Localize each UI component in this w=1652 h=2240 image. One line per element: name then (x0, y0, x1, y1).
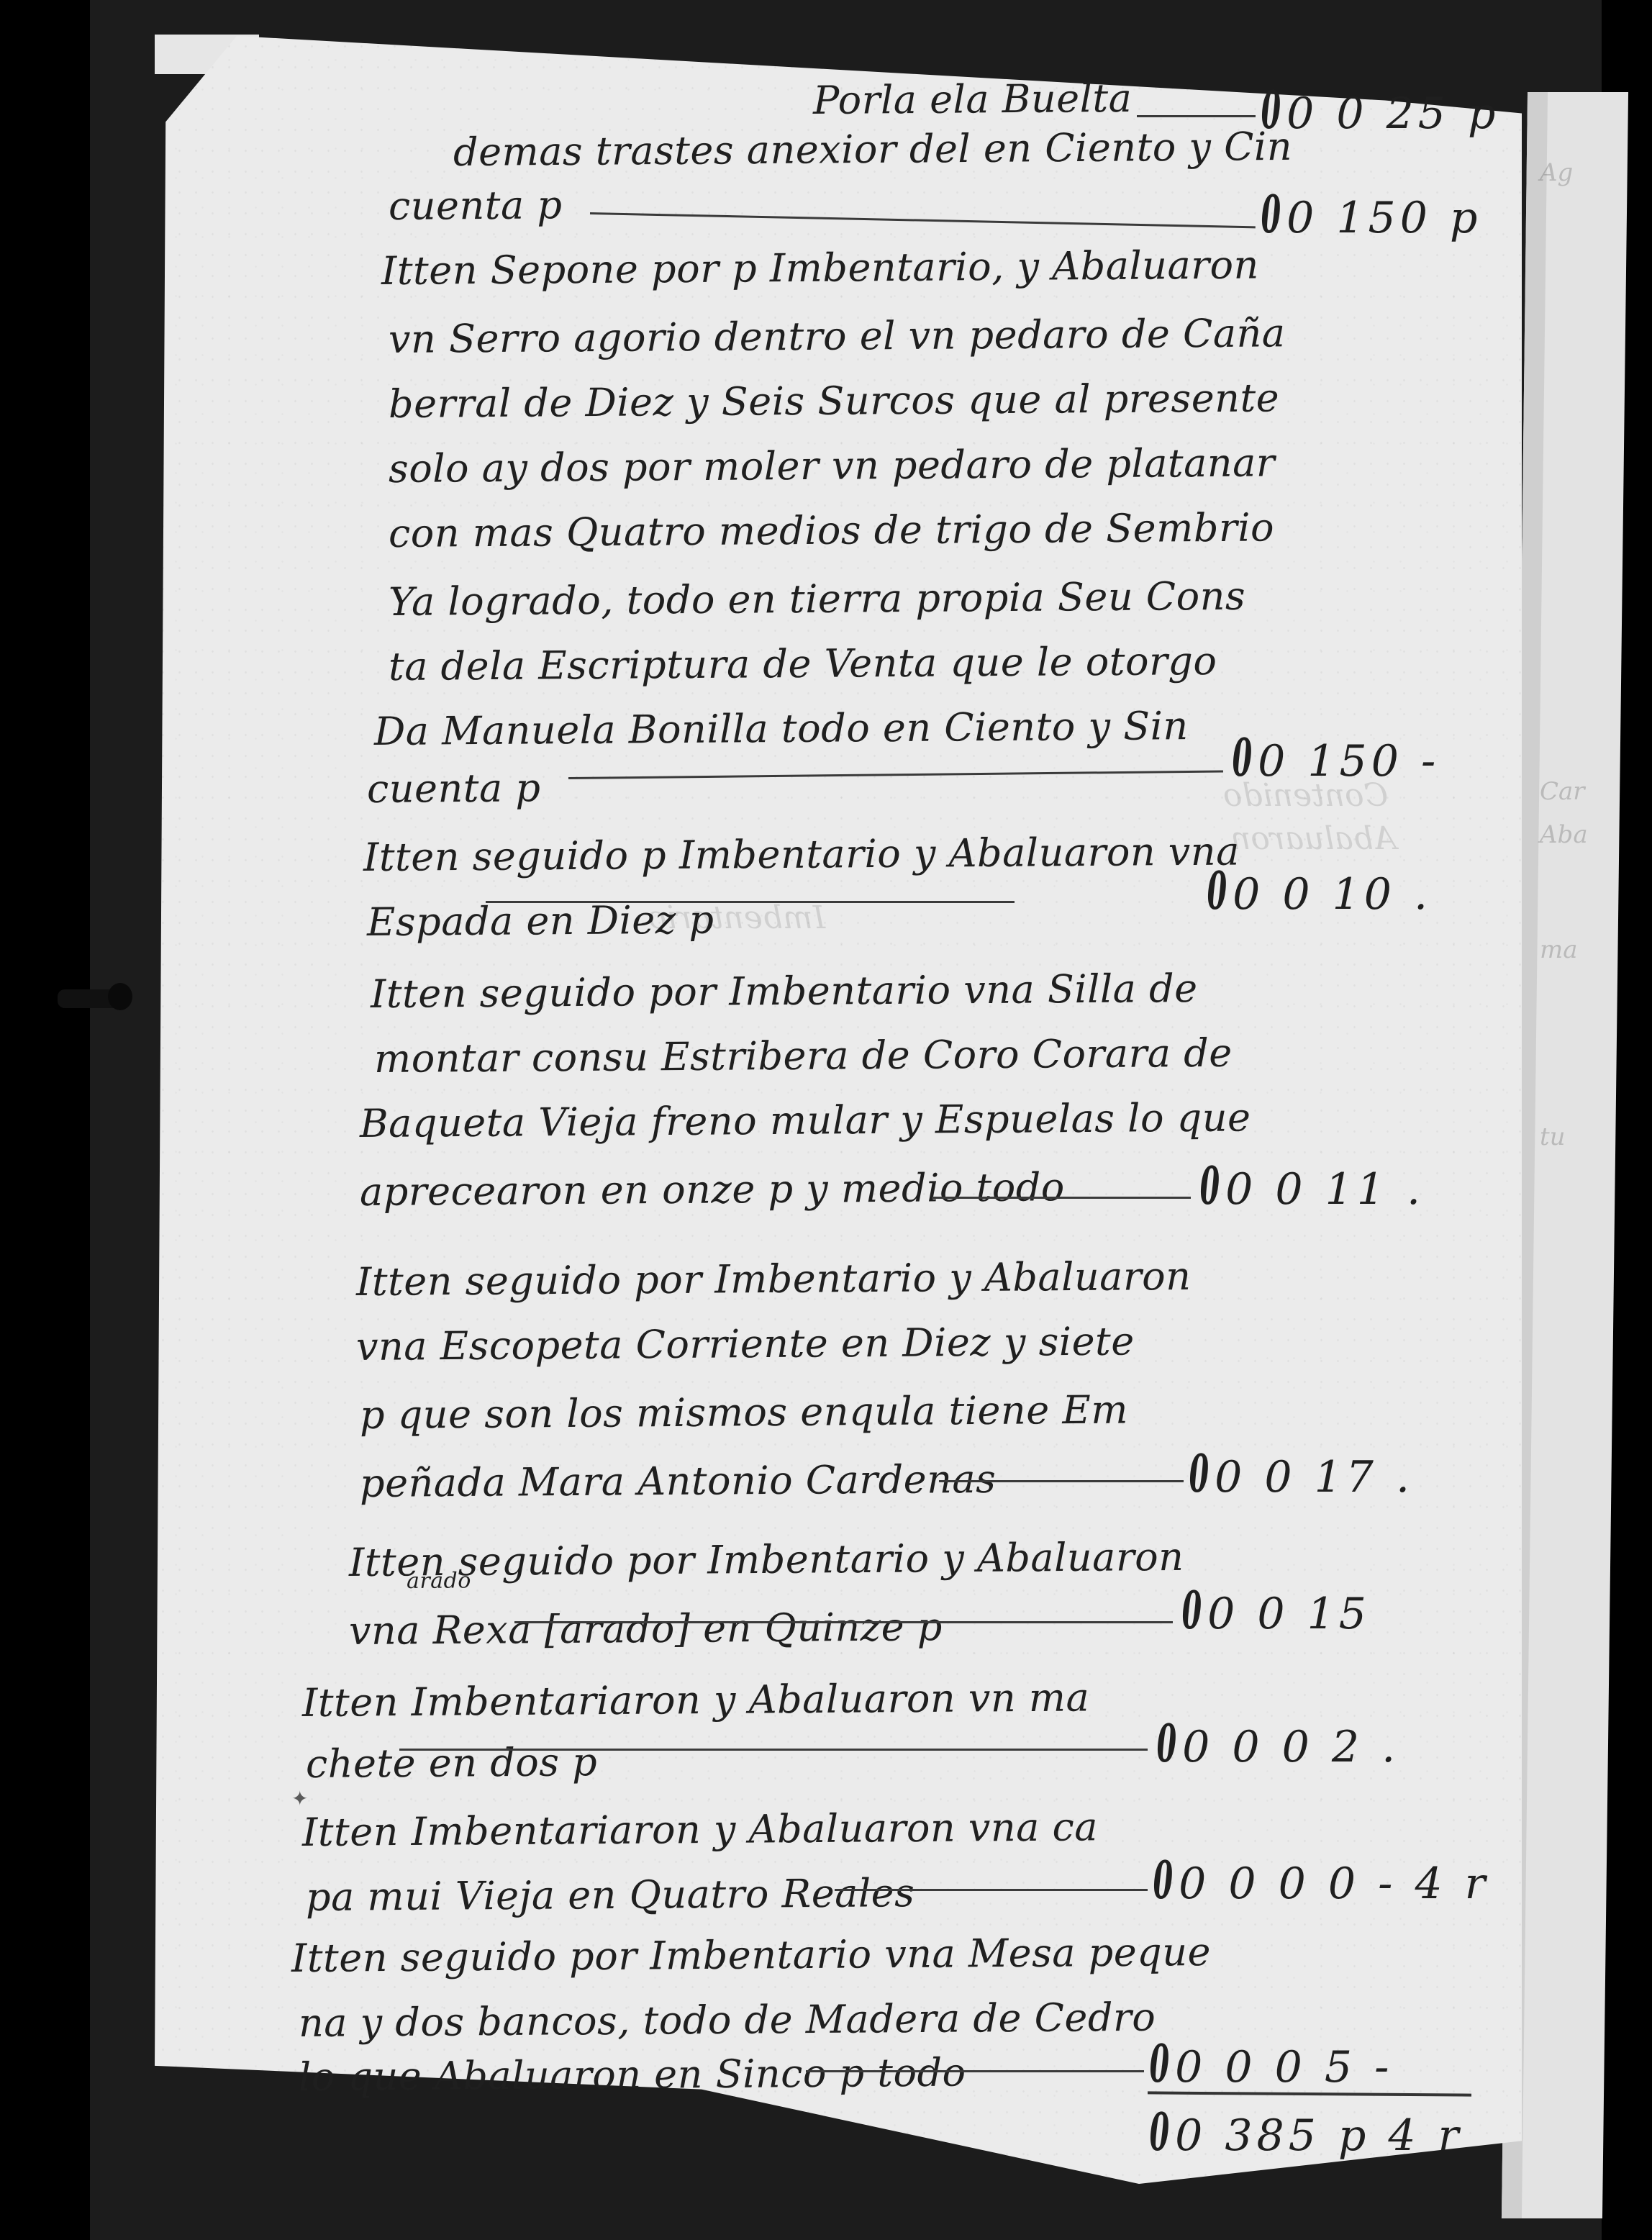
entry-amount: 00 150 - (1223, 727, 1440, 788)
amount-lead-glyph: 0 (1157, 1713, 1179, 1774)
entry-text-line: ta dela Escriptura de Venta que le otorg… (389, 638, 1217, 689)
amount-lead-glyph: 0 (1153, 1849, 1176, 1910)
entry-text-line: vn Serro agorio dentro el vn pedaro de C… (389, 310, 1286, 362)
carried-forward-label: Porla ela Buelta (813, 76, 1133, 123)
binding-knot-icon (108, 983, 132, 1010)
amount-lead-glyph: 0 (1261, 183, 1284, 245)
entry-text-line: pa mui Vieja en Quatro Reales (306, 1870, 915, 1920)
leader-rule (486, 901, 1015, 903)
entry-amount: 00 0 11 . (1191, 1155, 1425, 1216)
entry-text-line: p que son los mismos enqula tiene Em (360, 1387, 1128, 1438)
back-page-ghost-text: ma (1540, 935, 1578, 964)
amount-lead-glyph: 0 (1150, 2033, 1172, 2094)
carry-line: demas trastes anexior del en Ciento y Ci… (453, 124, 1292, 175)
leader-rule (835, 1889, 1148, 1891)
leader-rule (399, 1749, 1148, 1751)
leader-rule (514, 1621, 1173, 1623)
back-page-ghost-text: Aba (1540, 820, 1588, 849)
entry-text-line: peñada Mara Antonio Cardenas (360, 1456, 997, 1506)
entry-text-line: Itten seguido por Imbentario vna Mesa pe… (291, 1929, 1211, 1981)
entry-text-line: Itten seguido p Imbentario y Abaluaron v… (363, 828, 1240, 880)
entry-amount: 00 0 10 . (1198, 860, 1432, 921)
entry-text-line: na y dos bancos, todo de Madera de Cedro (299, 1995, 1156, 2046)
carry-line: cuenta p (389, 182, 563, 229)
entry-text-line: Itten Imbentariaron y Abaluaron vn ma (302, 1674, 1090, 1726)
entry-text-line: Baqueta Vieja freno mular y Espuelas lo … (360, 1094, 1251, 1146)
amount-lead-glyph: 0 (1189, 1443, 1212, 1504)
entry-text-line: vna Rexa [arado] en Quinze p (349, 1604, 943, 1654)
entry-text-line: vna Escopeta Corriente en Diez y siete (356, 1318, 1135, 1369)
entry-amount: 00 0 0 2 . (1148, 1713, 1399, 1774)
entry-text-line: Itten seguido por Imbentario y Abaluaron (349, 1534, 1184, 1585)
back-page-ghost-text: Car (1540, 777, 1585, 806)
entry-text-line: cuenta p (367, 765, 541, 812)
entry-text-line: berral de Diez y Seis Surcos que al pres… (389, 375, 1280, 427)
entry-text-line: Ya logrado, todo en tierra propia Seu Co… (389, 573, 1246, 625)
amount-lead-glyph: 0 (1182, 1579, 1204, 1641)
grand-total-amount: 00 385 p 4 r (1140, 2101, 1463, 2162)
carry-amount: 00 150 p (1252, 183, 1481, 245)
entry-text-line: montar consu Estribera de Coro Corara de (374, 1030, 1233, 1082)
entry-amount: 00 0 15 (1173, 1579, 1371, 1641)
amount-lead-glyph: 0 (1150, 2101, 1172, 2162)
entry-amount: 00 0 17 . (1180, 1443, 1414, 1504)
entry-text-line: aprecearon en onze p y medio todo (360, 1164, 1065, 1215)
back-page-ghost-text: tu (1540, 1123, 1566, 1151)
entry-text-line: Itten Sepone por p Imbentario, y Abaluar… (381, 242, 1259, 294)
entry-text-line: solo ay dos por moler vn pedaro de plata… (389, 440, 1276, 491)
entry-text-line: Espada en Diez p (367, 897, 714, 945)
entry-amount: 00 0 0 0 - 4 r (1144, 1849, 1489, 1910)
entry-text-line: con mas Quatro medios de trigo de Sembri… (389, 504, 1274, 556)
leader-rule (932, 1197, 1191, 1199)
entry-text-line: Da Manuela Bonilla todo en Ciento y Sin (374, 703, 1189, 754)
bleed-through-text: Abaluaron (1230, 820, 1397, 857)
amount-lead-glyph: 0 (1233, 727, 1255, 788)
entry-text-line: Itten Imbentariaron y Abaluaron vna ca (302, 1804, 1098, 1855)
interlinear-insert: arado (407, 1568, 471, 1594)
amount-lead-glyph: 0 (1200, 1155, 1222, 1216)
back-page-ghost-text: Ag (1540, 158, 1573, 187)
entry-text-line: Itten seguido por Imbentario y Abaluaron (356, 1253, 1192, 1305)
entry-text-line: Itten seguido por Imbentario vna Silla d… (371, 966, 1198, 1017)
entry-text-line: chete en dos p (306, 1739, 598, 1787)
amount-lead-glyph: 0 (1207, 860, 1230, 921)
leader-rule (939, 1480, 1184, 1482)
entry-amount: 00 0 0 5 - (1140, 2033, 1393, 2094)
entry-text-line: lo que Abaluaron en Sinco p todo (299, 2050, 966, 2100)
leader-rule (806, 2070, 1144, 2072)
leader-rule (1137, 115, 1256, 117)
margin-mark-icon: ✦ (291, 1787, 303, 1801)
